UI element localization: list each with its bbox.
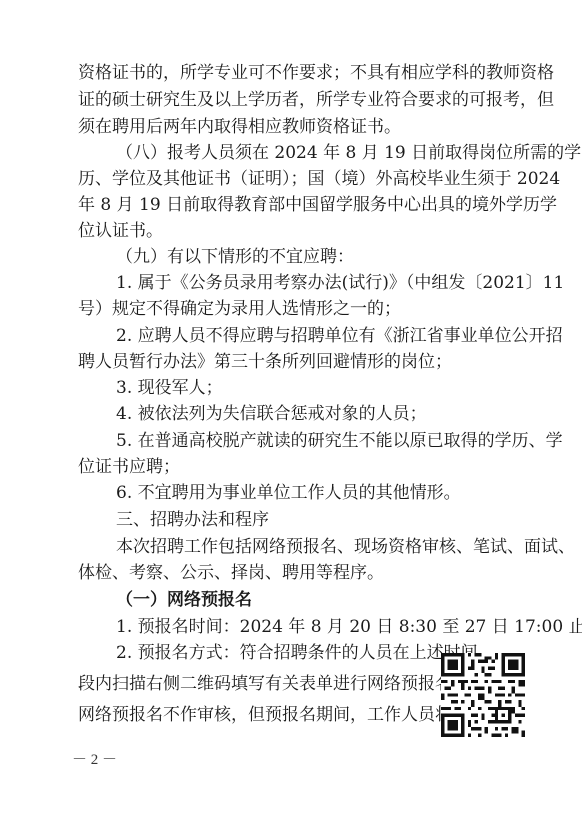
body-line: 网络预报名不作审核，但预报名期间，工作人员将视 bbox=[78, 702, 430, 728]
body-line: 资格证书的，所学专业可不作要求；不具有相应学科的教师资格 bbox=[78, 60, 509, 86]
subsection-heading: （一）网络预报名 bbox=[116, 587, 509, 613]
list-item-3: 3. 现役军人； bbox=[116, 375, 509, 401]
section-9-heading: （九）有以下情形的不宜应聘： bbox=[116, 244, 509, 270]
body-line: 证的硕士研究生及以上学历者，所学专业符合要求的可报考，但 bbox=[78, 87, 509, 113]
list-item-5: 5. 在普通高校脱产就读的研究生不能以原已取得的学历、学 bbox=[116, 428, 509, 454]
list-item-4: 4. 被依法列为失信联合惩戒对象的人员； bbox=[116, 401, 509, 427]
section-8-line: （八）报考人员须在 2024 年 8 月 19 日前取得岗位所需的学 bbox=[116, 140, 509, 166]
section-3-heading: 三、招聘办法和程序 bbox=[116, 507, 509, 533]
body-line: 聘人员暂行办法》第三十条所列回避情形的岗位； bbox=[78, 349, 509, 375]
list-item-1: 1. 属于《公务员录用考察办法(试行)》（中组发〔2021〕11 bbox=[116, 270, 509, 296]
list-item-6: 6. 不宜聘用为事业单位工作人员的其他情形。 bbox=[116, 480, 509, 506]
body-line: 年 8 月 19 日前取得教育部中国留学服务中心出具的境外学历学 bbox=[78, 192, 509, 218]
document-page: 资格证书的，所学专业可不作要求；不具有相应学科的教师资格 证的硕士研究生及以上学… bbox=[0, 0, 582, 823]
page-number: － 2 － bbox=[72, 748, 117, 769]
body-line: 须在聘用后两年内取得相应教师资格证书。 bbox=[78, 114, 509, 140]
body-line: 号）规定不得确定为录用人选情形之一的； bbox=[78, 296, 509, 322]
body-line: 位认证书。 bbox=[78, 218, 509, 244]
body-line: 历、学位及其他证书（证明）；国（境）外高校毕业生须于 2024 bbox=[78, 166, 509, 192]
body-line: 体检、考察、公示、择岗、聘用等程序。 bbox=[78, 560, 509, 586]
list-item-2: 2. 应聘人员不得应聘与招聘单位有《浙江省事业单位公开招 bbox=[116, 323, 509, 349]
qr-code[interactable] bbox=[441, 653, 525, 737]
body-line: 1. 预报名时间：2024 年 8 月 20 日 8:30 至 27 日 17:… bbox=[116, 614, 509, 640]
body-line: 段内扫描右侧二维码填写有关表单进行网络预报名。 bbox=[78, 671, 430, 697]
body-line: 位证书应聘； bbox=[78, 454, 509, 480]
body-line: 本次招聘工作包括网络预报名、现场资格审核、笔试、面试、 bbox=[116, 534, 509, 560]
qr-code-icon bbox=[441, 653, 525, 737]
body-line: 2. 预报名方式：符合招聘条件的人员在上述时间 bbox=[116, 640, 430, 666]
